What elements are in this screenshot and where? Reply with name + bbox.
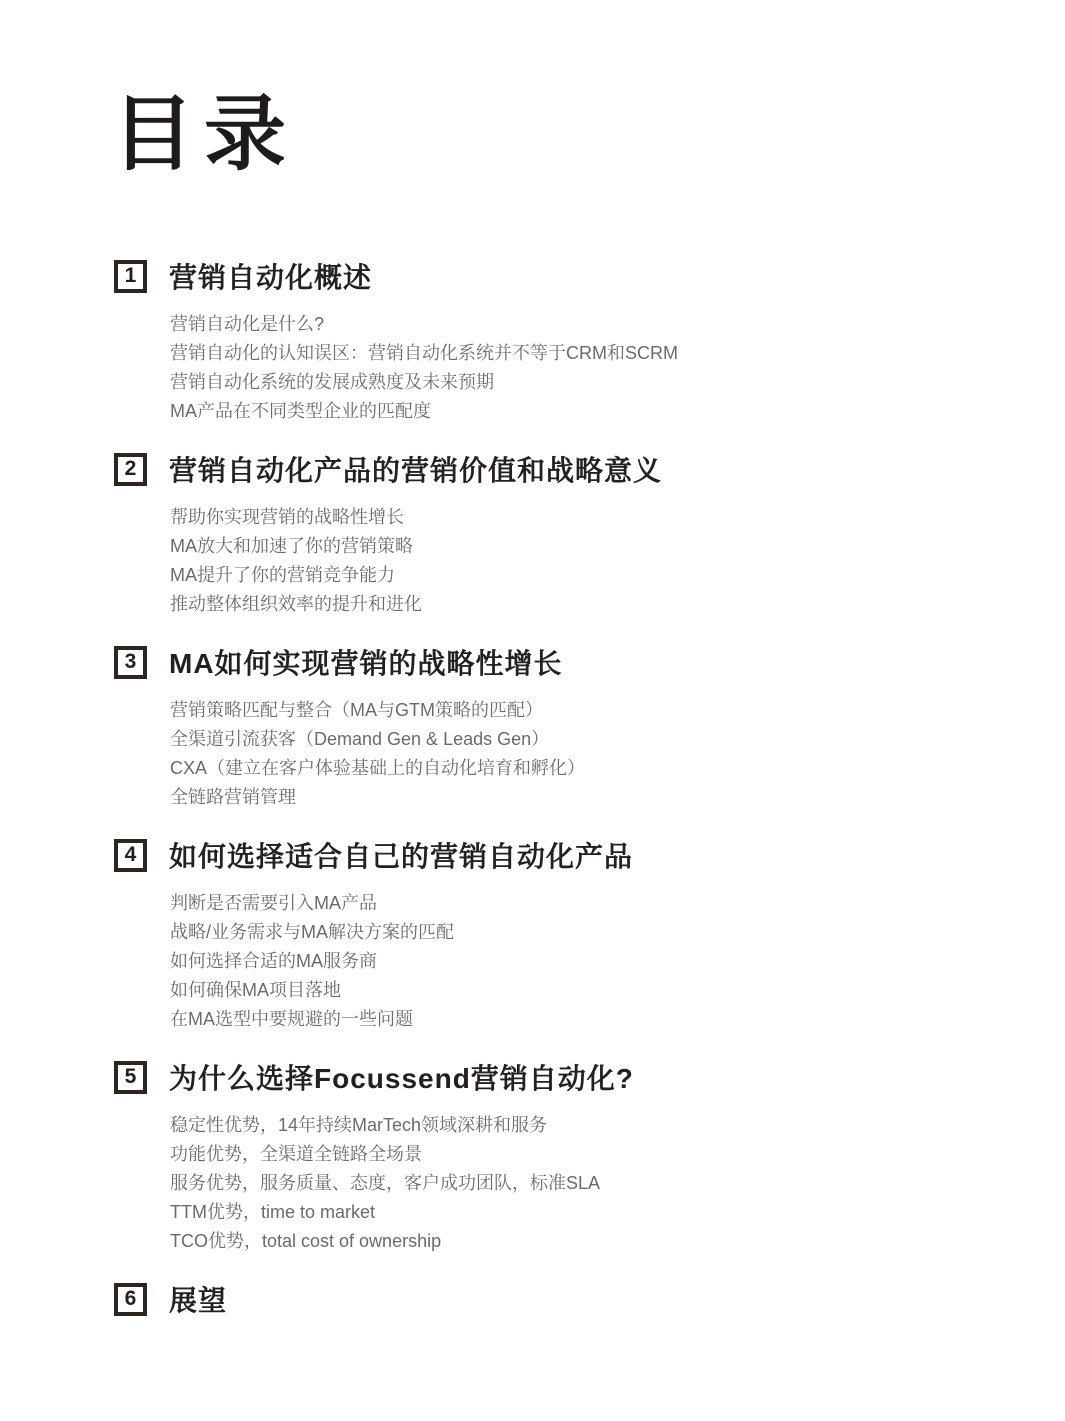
toc-subitem: 全渠道引流获客（Demand Gen & Leads Gen）	[170, 725, 1065, 754]
section-item-list: 营销自动化是什么?营销自动化的认知误区：营销自动化系统并不等于CRM和SCRM营…	[170, 310, 1065, 426]
toc-section: 6 展望	[114, 1281, 1065, 1317]
toc-subitem: MA放大和加速了你的营销策略	[170, 532, 1065, 561]
toc-section: 4 如何选择适合自己的营销自动化产品 判断是否需要引入MA产品战略/业务需求与M…	[114, 837, 1065, 1034]
page-title: 目录	[112, 94, 1065, 176]
toc-section: 3 MA如何实现营销的战略性增长 营销策略匹配与整合（MA与GTM策略的匹配）全…	[114, 644, 1065, 812]
section-title: 营销自动化产品的营销价值和战略意义	[169, 449, 662, 489]
toc-subitem: 如何选择合适的MA服务商	[170, 947, 1065, 976]
toc-subitem: 稳定性优势，14年持续MarTech领域深耕和服务	[170, 1111, 1065, 1140]
toc-subitem: 帮助你实现营销的战略性增长	[170, 503, 1065, 532]
section-number-badge: 6	[114, 1283, 147, 1316]
toc-subitem: 如何确保MA项目落地	[170, 976, 1065, 1005]
toc-subitem: CXA（建立在客户体验基础上的自动化培育和孵化）	[170, 754, 1065, 783]
toc-subitem: MA产品在不同类型企业的匹配度	[170, 397, 1065, 426]
section-number-badge: 4	[114, 839, 147, 872]
table-of-contents: 1 营销自动化概述 营销自动化是什么?营销自动化的认知误区：营销自动化系统并不等…	[114, 258, 1065, 1317]
toc-section: 1 营销自动化概述 营销自动化是什么?营销自动化的认知误区：营销自动化系统并不等…	[114, 258, 1065, 426]
toc-subitem: 营销自动化的认知误区：营销自动化系统并不等于CRM和SCRM	[170, 339, 1065, 368]
toc-subitem: 营销策略匹配与整合（MA与GTM策略的匹配）	[170, 696, 1065, 725]
toc-subitem: 服务优势，服务质量、态度，客户成功团队，标准SLA	[170, 1169, 1065, 1198]
section-number-badge: 3	[114, 646, 147, 679]
section-item-list: 判断是否需要引入MA产品战略/业务需求与MA解决方案的匹配如何选择合适的MA服务…	[170, 889, 1065, 1034]
toc-subitem: 战略/业务需求与MA解决方案的匹配	[170, 918, 1065, 947]
section-title: 展望	[169, 1279, 227, 1319]
toc-subitem: TCO优势，total cost of ownership	[170, 1227, 1065, 1256]
toc-section-header: 6 展望	[114, 1281, 1065, 1317]
toc-subitem: 营销自动化系统的发展成熟度及未来预期	[170, 368, 1065, 397]
section-number-badge: 5	[114, 1061, 147, 1094]
toc-subitem: 全链路营销管理	[170, 783, 1065, 812]
section-number-badge: 1	[114, 260, 147, 293]
toc-subitem: 推动整体组织效率的提升和进化	[170, 590, 1065, 619]
toc-section-header: 5 为什么选择Focussend营销自动化?	[114, 1059, 1065, 1095]
toc-section: 5 为什么选择Focussend营销自动化? 稳定性优势，14年持续MarTec…	[114, 1059, 1065, 1256]
section-title: MA如何实现营销的战略性增长	[169, 642, 563, 682]
section-item-list: 营销策略匹配与整合（MA与GTM策略的匹配）全渠道引流获客（Demand Gen…	[170, 696, 1065, 812]
toc-section: 2 营销自动化产品的营销价值和战略意义 帮助你实现营销的战略性增长MA放大和加速…	[114, 451, 1065, 619]
section-title: 营销自动化概述	[169, 256, 372, 296]
toc-section-header: 1 营销自动化概述	[114, 258, 1065, 294]
toc-section-header: 3 MA如何实现营销的战略性增长	[114, 644, 1065, 680]
toc-subitem: 功能优势，全渠道全链路全场景	[170, 1140, 1065, 1169]
section-title: 为什么选择Focussend营销自动化?	[169, 1057, 634, 1097]
toc-subitem: 营销自动化是什么?	[170, 310, 1065, 339]
toc-subitem: 判断是否需要引入MA产品	[170, 889, 1065, 918]
toc-subitem: 在MA选型中要规避的一些问题	[170, 1005, 1065, 1034]
toc-subitem: TTM优势，time to market	[170, 1198, 1065, 1227]
section-title: 如何选择适合自己的营销自动化产品	[169, 835, 633, 875]
section-number-badge: 2	[114, 453, 147, 486]
toc-subitem: MA提升了你的营销竞争能力	[170, 561, 1065, 590]
section-item-list: 帮助你实现营销的战略性增长MA放大和加速了你的营销策略MA提升了你的营销竞争能力…	[170, 503, 1065, 619]
toc-page: 目录 1 营销自动化概述 营销自动化是什么?营销自动化的认知误区：营销自动化系统…	[0, 0, 1065, 1421]
toc-section-header: 4 如何选择适合自己的营销自动化产品	[114, 837, 1065, 873]
toc-section-header: 2 营销自动化产品的营销价值和战略意义	[114, 451, 1065, 487]
section-item-list: 稳定性优势，14年持续MarTech领域深耕和服务功能优势，全渠道全链路全场景服…	[170, 1111, 1065, 1256]
